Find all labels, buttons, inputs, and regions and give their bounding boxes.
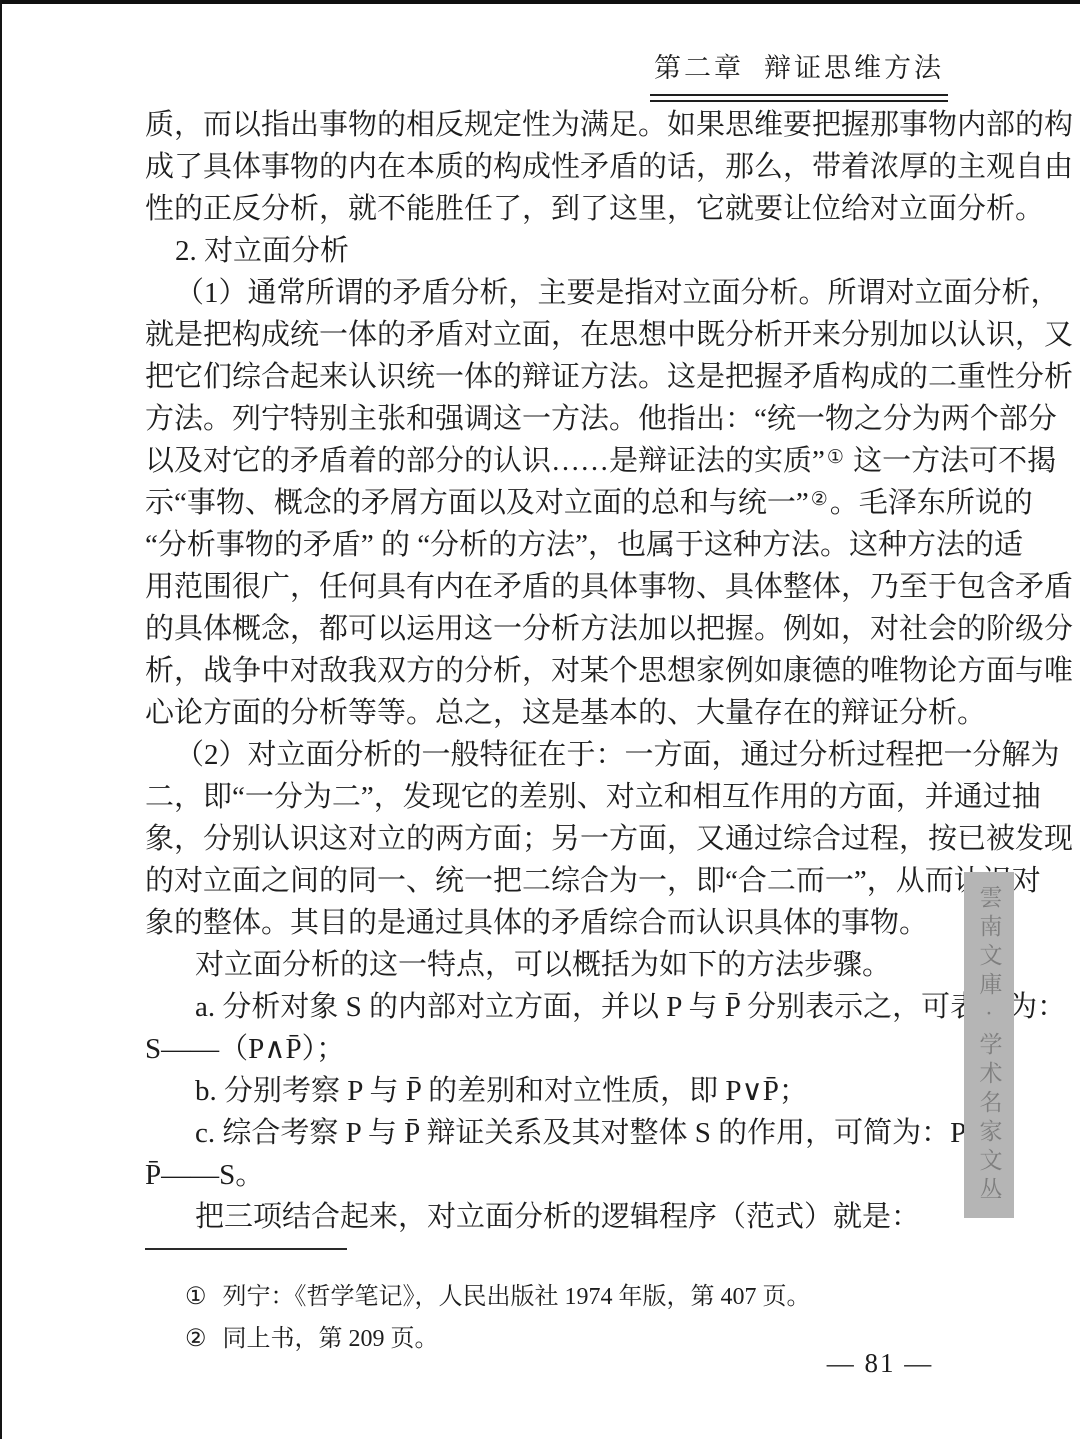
text-line: 把它们综合起来认识统一体的辩证方法。这是把握矛盾构成的二重性分析 (145, 356, 957, 398)
text-line: 对立面分析的这一特点，可以概括为如下的方法步骤。 (145, 944, 957, 986)
body-text: 质，而以指出事物的相反规定性为满足。如果思维要把握那事物内部的构成了具体事物的内… (145, 104, 957, 1238)
text-line: 象，分别认识这对立的两方面；另一方面，又通过综合过程，按已被发现 (145, 818, 957, 860)
text-line: 的对立面之间的同一、统一把二综合为一，即“合二而一”，从而认识对 (145, 860, 957, 902)
text-line: a. 分析对象 S 的内部对立方面，并以 P 与 P̄ 分别表示之，可表示为： (145, 986, 957, 1028)
footnote-1-text: 列宁：《哲学笔记》，人民出版社 1974 年版，第 407 页。 (223, 1284, 811, 1310)
text-segment: 。毛泽东所说的 (830, 487, 1033, 519)
chapter-title: 辩证思维方法 (764, 53, 944, 83)
header-double-rule (650, 94, 948, 102)
text-segment: 这一方法可不揭 (846, 445, 1056, 477)
footnote-1-marker: ① (185, 1284, 207, 1310)
text-line: 象的整体。其目的是通过具体的矛盾综合而认识具体的事物。 (145, 902, 957, 944)
page-number: — 81 — (795, 1348, 965, 1379)
footnote-reference-mark: ① (827, 447, 844, 468)
footnote-1: ①列宁：《哲学笔记》，人民出版社 1974 年版，第 407 页。 (185, 1276, 811, 1318)
footnotes: ①列宁：《哲学笔记》，人民出版社 1974 年版，第 407 页。 ②同上书，第… (185, 1276, 811, 1360)
text-line: 的具体概念，都可以运用这一分析方法加以把握。例如，对社会的阶级分 (145, 608, 957, 650)
book-page: 第二章辩证思维方法 质，而以指出事物的相反规定性为满足。如果思维要把握那事物内部… (0, 0, 1080, 1439)
text-line: 用范围很广，任何具有内在矛盾的具体事物、具体整体，乃至于包含矛盾 (145, 566, 957, 608)
footnote-2-text: 同上书，第 209 页。 (223, 1326, 439, 1352)
text-line: c. 综合考察 P 与 P̄ 辩证关系及其对整体 S 的作用，可简为：P↔ (145, 1112, 957, 1154)
footnote-reference-mark: ② (811, 489, 828, 510)
text-line: 质，而以指出事物的相反规定性为满足。如果思维要把握那事物内部的构 (145, 104, 957, 146)
scan-border-left (0, 0, 2, 1439)
chapter-number: 第二章 (654, 53, 744, 83)
text-line: “分析事物的矛盾” 的 “分析的方法”，也属于这种方法。这种方法的适 (145, 524, 957, 566)
text-segment: 示“事物、概念的矛屑方面以及对立面的总和与统一” (145, 487, 809, 519)
series-label-box: 雲南文庫·学术名家文丛 (964, 872, 1014, 1218)
text-line: 析，战争中对敌我双方的分析，对某个思想家例如康德的唯物论方面与唯 (145, 650, 957, 692)
text-line: 2. 对立面分析 (145, 230, 957, 272)
text-line: 以及对它的矛盾着的部分的认识……是辩证法的实质”① 这一方法可不揭 (145, 440, 957, 482)
text-line: P̄——S。 (145, 1154, 957, 1196)
footnote-2-marker: ② (185, 1326, 207, 1352)
text-line: （1）通常所谓的矛盾分析，主要是指对立面分析。所谓对立面分析， (145, 272, 957, 314)
text-line: 性的正反分析，就不能胜任了，到了这里，它就要让位给对立面分析。 (145, 188, 957, 230)
text-line: 心论方面的分析等等。总之，这是基本的、大量存在的辩证分析。 (145, 692, 957, 734)
scan-border-top (0, 0, 1080, 4)
text-line: 方法。列宁特别主张和强调这一方法。他指出：“统一物之分为两个部分 (145, 398, 957, 440)
footnote-2: ②同上书，第 209 页。 (185, 1318, 811, 1360)
text-line: S——（P∧P̄）； (145, 1028, 957, 1070)
text-line: 就是把构成统一体的矛盾对立面，在思想中既分析开来分别加以认识，又 (145, 314, 957, 356)
text-line: b. 分别考察 P 与 P̄ 的差别和对立性质，即 P∨P̄； (145, 1070, 957, 1112)
series-label-text: 雲南文庫·学术名家文丛 (973, 885, 1006, 1206)
text-line: （2）对立面分析的一般特征在于：一方面，通过分析过程把一分解为 (145, 734, 957, 776)
text-segment: 以及对它的矛盾着的部分的认识……是辩证法的实质” (145, 445, 825, 477)
running-head: 第二章辩证思维方法 (650, 46, 948, 102)
text-line: 成了具体事物的内在本质的构成性矛盾的话，那么，带着浓厚的主观自由 (145, 146, 957, 188)
running-head-text: 第二章辩证思维方法 (650, 46, 948, 85)
text-line: 示“事物、概念的矛屑方面以及对立面的总和与统一”②。毛泽东所说的 (145, 482, 957, 524)
footnote-divider (145, 1248, 347, 1250)
text-line: 把三项结合起来，对立面分析的逻辑程序（范式）就是： (145, 1196, 957, 1238)
text-line: 二，即“一分为二”，发现它的差别、对立和相互作用的方面，并通过抽 (145, 776, 957, 818)
